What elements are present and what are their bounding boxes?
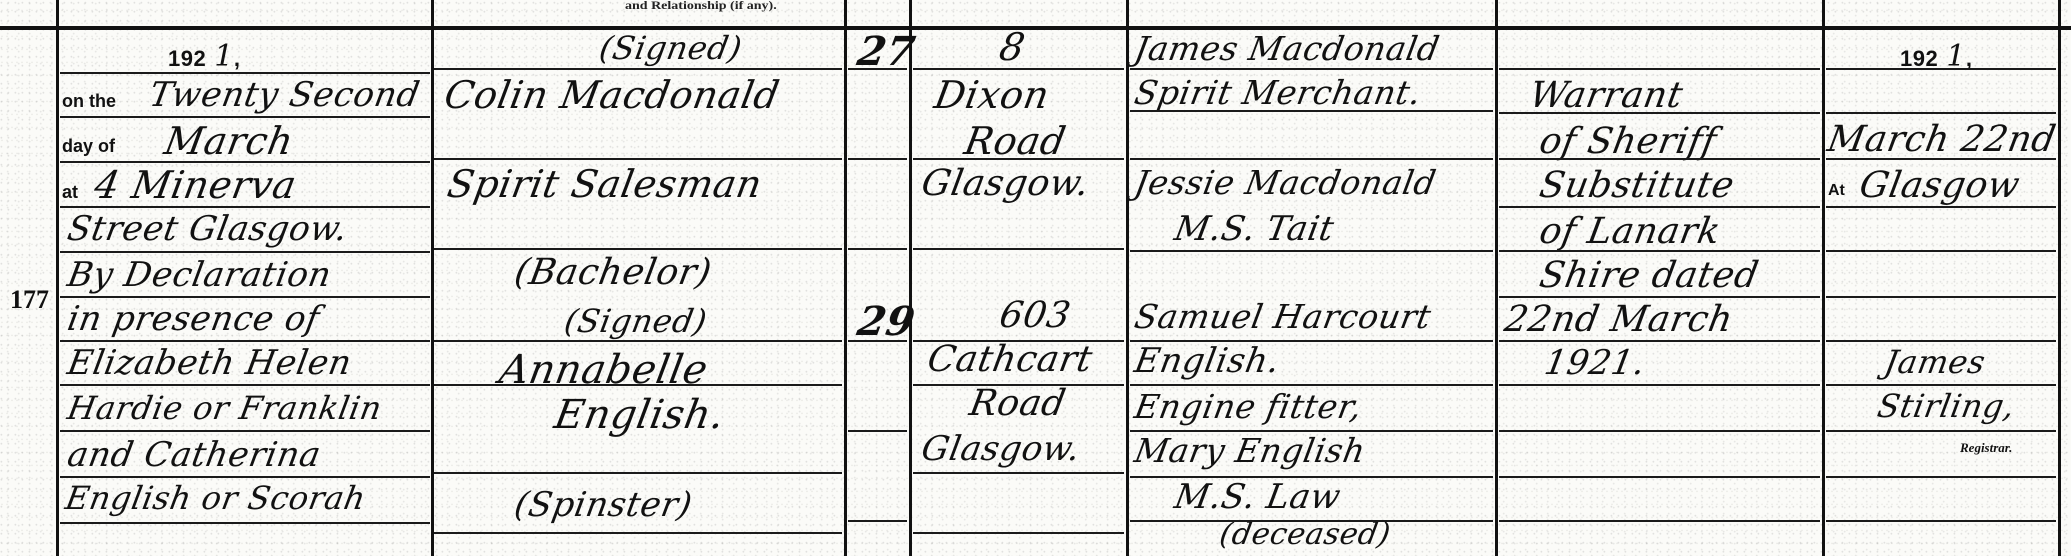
- ruled-line: [1499, 476, 1820, 478]
- header-rule: [0, 26, 2071, 30]
- ruled-line: [60, 161, 430, 163]
- authority-line-4: of Lanark: [1537, 214, 1723, 250]
- authority-line-3: Substitute: [1537, 168, 1737, 204]
- bride-mother-deceased-note: (deceased): [1217, 520, 1392, 550]
- ruled-line: [1499, 250, 1820, 252]
- witness-line-3: and Catherina: [65, 438, 324, 472]
- ruled-line: [913, 158, 1124, 160]
- column-divider: [1126, 0, 1129, 556]
- column-divider: [909, 0, 912, 556]
- ruled-line: [1826, 476, 2056, 478]
- bride-address-line-2: Cathcart: [925, 342, 1095, 378]
- registration-date: March 22nd: [1825, 122, 2059, 158]
- ruled-line: [434, 532, 842, 534]
- ruled-line: [1826, 340, 2056, 342]
- ruled-line: [434, 248, 842, 250]
- ruled-line: [60, 116, 430, 118]
- year-printed: 1921,: [168, 42, 240, 72]
- ruled-line: [848, 158, 907, 160]
- ruled-line: [1499, 430, 1820, 432]
- bride-address-line-3: Road: [967, 386, 1069, 422]
- bride-age: 29: [854, 302, 918, 342]
- bride-father-surname: English.: [1132, 344, 1282, 378]
- marriage-day: Twenty Second: [147, 78, 422, 112]
- ruled-line: [913, 340, 1124, 342]
- ruled-line: [1130, 476, 1493, 478]
- ruled-line: [1130, 384, 1493, 386]
- entry-number: 177: [10, 285, 49, 315]
- ruled-line: [913, 472, 1124, 474]
- bride-condition: (Spinster): [512, 488, 695, 522]
- ruled-line: [913, 532, 1124, 534]
- ruled-line: [1130, 340, 1493, 342]
- column-header-caption: and Relationship (if any).: [625, 0, 777, 13]
- ruled-line: [1499, 296, 1820, 298]
- authority-line-6: 22nd March: [1502, 302, 1736, 338]
- registration-place: Glasgow: [1857, 168, 2023, 204]
- ruled-line: [434, 384, 842, 386]
- method-line-2: in presence of: [65, 302, 322, 336]
- bride-name-line-2: English.: [551, 395, 727, 435]
- ruled-line: [60, 384, 430, 386]
- ruled-line: [1499, 340, 1820, 342]
- day-of-label: day of: [62, 137, 115, 155]
- column-divider: [56, 0, 59, 556]
- ruled-line: [848, 430, 907, 432]
- authority-line-1: Warrant: [1527, 78, 1686, 114]
- groom-address-line-2: Dixon: [932, 76, 1053, 114]
- bride-mother-maiden: M.S. Law: [1172, 480, 1343, 514]
- ruled-line: [1130, 250, 1493, 252]
- bride-father-name: Samuel Harcourt: [1132, 300, 1434, 333]
- ruled-line: [848, 68, 907, 70]
- ruled-line: [434, 158, 842, 160]
- column-divider: [2058, 0, 2061, 556]
- place-line-1: 4 Minerva: [92, 166, 300, 204]
- ruled-line: [60, 430, 430, 432]
- ruled-line: [60, 206, 430, 208]
- ruled-line: [60, 476, 430, 478]
- ruled-line: [1130, 430, 1493, 432]
- column-divider: [844, 0, 847, 556]
- ruled-line: [60, 340, 430, 342]
- bride-father-occupation: Engine fitter,: [1132, 390, 1365, 423]
- ruled-line: [1826, 384, 2056, 386]
- groom-mother-name: Jessie Macdonald: [1132, 166, 1439, 199]
- groom-occupation: Spirit Salesman: [445, 165, 765, 203]
- ruled-line: [60, 296, 430, 298]
- ruled-line: [434, 68, 842, 70]
- ruled-line: [1826, 206, 2056, 208]
- groom-address-line-3: Road: [962, 122, 1069, 160]
- ruled-line: [1826, 112, 2056, 114]
- ruled-line: [434, 340, 842, 342]
- ruled-line: [1499, 158, 1820, 160]
- groom-father-name: James Macdonald: [1132, 32, 1442, 65]
- ruled-line: [60, 522, 430, 524]
- witness-line-2: Hardie or Franklin: [65, 392, 384, 424]
- ruled-line: [1826, 250, 2056, 252]
- ruled-line: [913, 68, 1124, 70]
- at-label: at: [62, 183, 78, 201]
- groom-address-line-1: 8: [997, 28, 1028, 66]
- ruled-line: [1130, 158, 1493, 160]
- ruled-line: [1499, 384, 1820, 386]
- ruled-line: [1826, 296, 2056, 298]
- groom-mother-maiden: M.S. Tait: [1172, 212, 1337, 246]
- ruled-line: [1826, 430, 2056, 432]
- authority-line-7: 1921.: [1542, 346, 1648, 380]
- bride-address-line-4: Glasgow.: [919, 432, 1083, 466]
- witness-line-1: Elizabeth Helen: [65, 346, 354, 380]
- bride-signed-label: (Signed): [562, 305, 709, 337]
- ruled-line: [60, 251, 430, 253]
- ruled-line: [434, 472, 842, 474]
- method-line-1: By Declaration: [65, 258, 334, 292]
- registrar-name-line-2: Stirling,: [1875, 390, 2017, 422]
- ruled-line: [1826, 520, 2056, 522]
- marriage-month: March: [162, 122, 297, 160]
- ruled-line: [913, 248, 1124, 250]
- bride-mother-name: Mary English: [1132, 434, 1368, 467]
- column-divider: [1495, 0, 1498, 556]
- registration-at-label: At: [1828, 183, 1845, 199]
- groom-father-occupation: Spirit Merchant.: [1132, 76, 1424, 109]
- ruled-line: [1826, 158, 2056, 160]
- registrar-label: Registrar.: [1960, 440, 2012, 456]
- ruled-line: [848, 520, 907, 522]
- groom-signed-label: (Signed): [597, 32, 744, 64]
- ruled-line: [1130, 110, 1493, 112]
- on-the-label: on the: [62, 92, 116, 110]
- ruled-line: [1826, 68, 2056, 70]
- ruled-line: [60, 72, 430, 74]
- place-line-2: Street Glasgow.: [65, 212, 350, 246]
- authority-line-5: Shire dated: [1537, 258, 1762, 294]
- witness-line-4: English or Scorah: [63, 482, 368, 514]
- ruled-line: [1130, 68, 1493, 70]
- ruled-line: [1499, 112, 1820, 114]
- ruled-line: [1499, 206, 1820, 208]
- ruled-line: [1499, 520, 1820, 522]
- bride-address-line-1: 603: [997, 298, 1074, 334]
- authority-line-2: of Sheriff: [1537, 124, 1719, 160]
- ruled-line: [848, 248, 907, 250]
- ruled-line: [1130, 520, 1493, 522]
- ruled-line: [1499, 68, 1820, 70]
- groom-condition: (Bachelor): [512, 255, 714, 291]
- column-divider: [1822, 0, 1825, 556]
- groom-name: Colin Macdonald: [442, 76, 783, 114]
- groom-address-line-4: Glasgow.: [919, 166, 1092, 202]
- ruled-line: [848, 340, 907, 342]
- groom-age: 27: [854, 32, 918, 72]
- registrar-name-line-1: James: [1882, 346, 1988, 378]
- ruled-line: [913, 384, 1124, 386]
